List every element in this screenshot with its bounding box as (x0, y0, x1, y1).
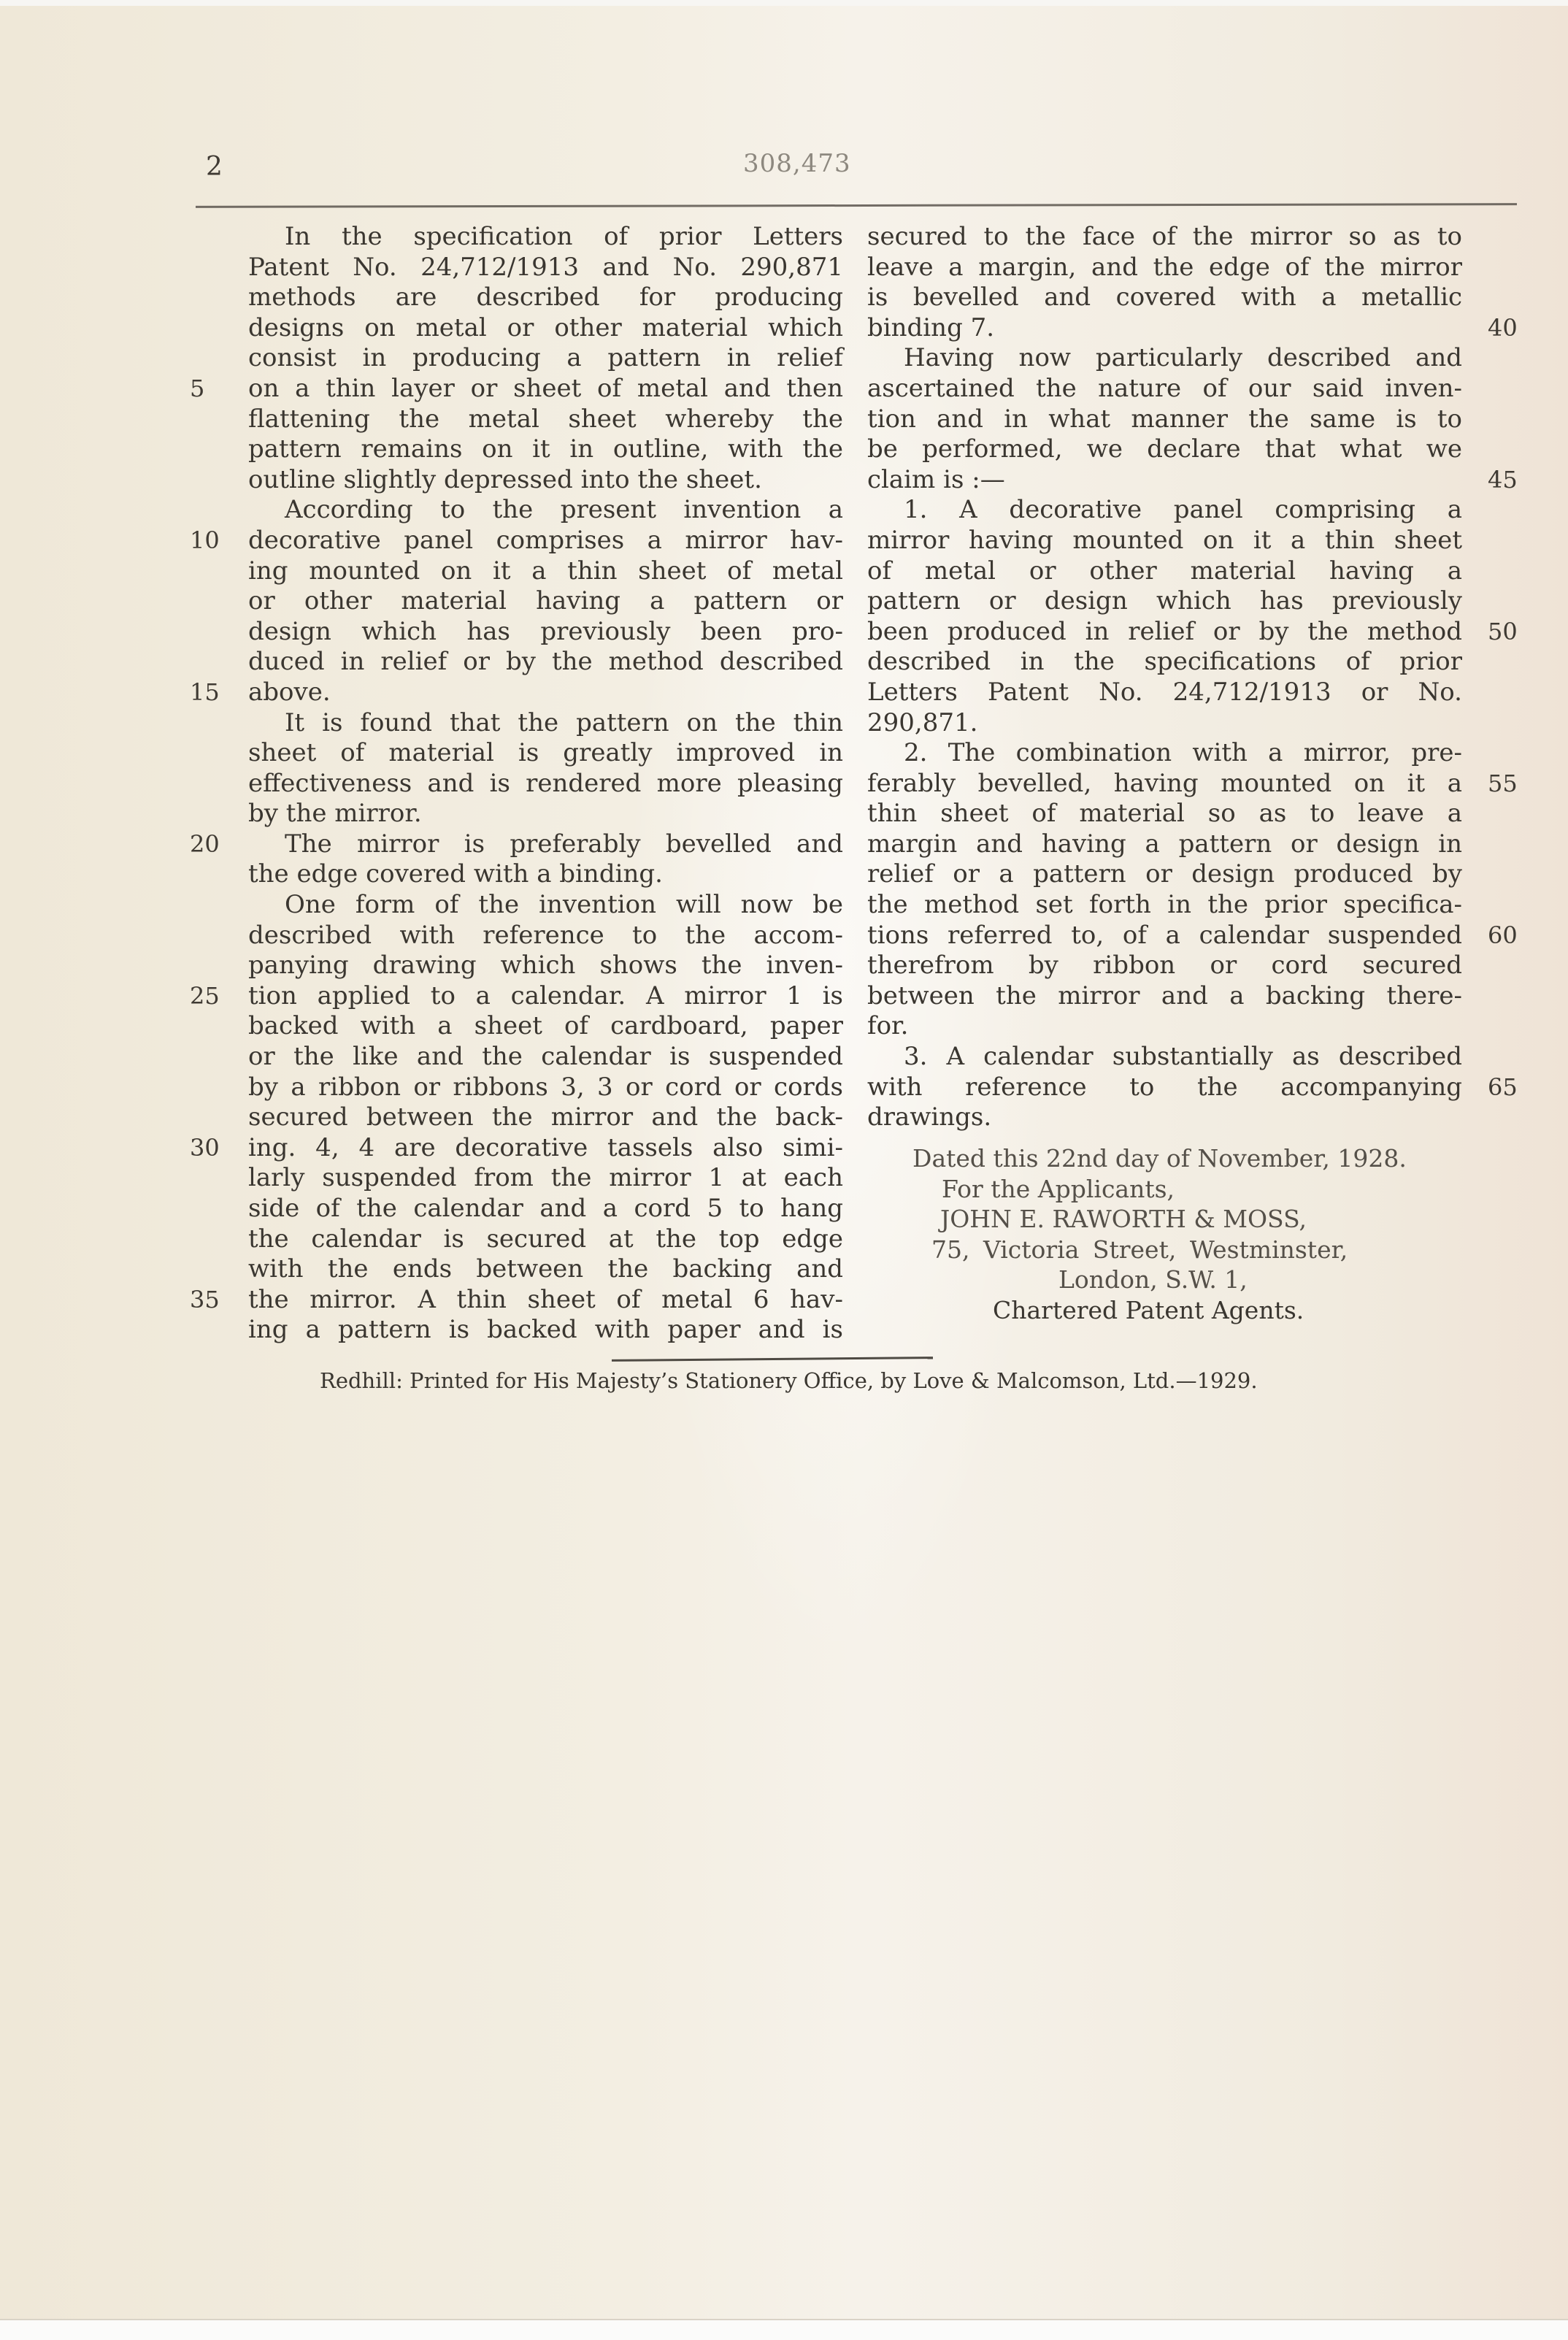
line-text: Letters Patent No. 24,712/1913 or No. (867, 678, 1462, 708)
patent-number-header: 308,473 (743, 149, 851, 178)
text-line: Patent No. 24,712/1913 and No. 290,871 (248, 253, 843, 283)
line-text: The mirror is preferably bevelled and (285, 829, 843, 860)
line-number: 65 (1488, 1073, 1532, 1103)
text-line: One form of the invention will now be (248, 890, 843, 921)
agent-title: Chartered Patent Agents. (867, 1295, 1473, 1326)
line-text: with the ends between the backing and (248, 1254, 843, 1285)
text-line: is bevelled and covered with a metallic4… (867, 283, 1462, 313)
line-text: 290,871. (867, 708, 1462, 739)
text-line: The mirror is preferably bevelled and (248, 829, 843, 860)
line-text: drawings. (867, 1102, 1462, 1133)
line-text: sheet of material is greatly improved in (248, 738, 843, 769)
line-text: tions referred to, of a calendar suspend… (867, 921, 1462, 951)
text-line: pattern or design which has previously50 (867, 586, 1462, 617)
line-text: of metal or other material having a (867, 556, 1462, 587)
line-text: duced in relief or by the method describ… (248, 647, 843, 678)
text-line: consist in producing a pattern in relief… (248, 343, 843, 374)
line-number: 30 (190, 1133, 234, 1164)
text-line: mirror having mounted on it a thin sheet (867, 526, 1462, 556)
text-line: with the ends between the backing and35 (248, 1254, 843, 1285)
line-text: decorative panel comprises a mirror hav- (248, 526, 843, 556)
text-line: ascertained the nature of our said inven… (867, 374, 1462, 404)
text-line: sheet of material is greatly improved in (248, 738, 843, 769)
line-text: is bevelled and covered with a metallic (867, 283, 1462, 313)
line-text: be performed, we declare that what we (867, 434, 1462, 465)
line-text: the edge covered with a binding. (248, 859, 843, 890)
text-line: ing. 4, 4 are decorative tassels also si… (248, 1133, 843, 1164)
text-line: ing mounted on it a thin sheet of metal (248, 556, 843, 587)
line-text: secured to the face of the mirror so as … (867, 222, 1462, 253)
text-line: for. (867, 1011, 1462, 1042)
text-line: the mirror. A thin sheet of metal 6 hav- (248, 1285, 843, 1316)
line-text: backed with a sheet of cardboard, paper (248, 1011, 843, 1042)
line-text: between the mirror and a backing there- (867, 981, 1462, 1012)
text-line: In the specification of prior Letters (248, 222, 843, 253)
text-line: ferably bevelled, having mounted on it a (867, 769, 1462, 799)
line-text: on a thin layer or sheet of metal and th… (248, 374, 843, 404)
text-line: on a thin layer or sheet of metal and th… (248, 374, 843, 404)
line-text: described with reference to the accom- (248, 921, 843, 951)
text-line: ing a pattern is backed with paper and i… (248, 1315, 843, 1346)
line-text: the mirror. A thin sheet of metal 6 hav- (248, 1285, 843, 1316)
line-text: It is found that the pattern on the thin (285, 708, 843, 739)
document-page: 2 308,473 In the specification of prior … (0, 6, 1568, 2319)
line-text: ferably bevelled, having mounted on it a (867, 769, 1462, 799)
line-text: ing mounted on it a thin sheet of metal (248, 556, 843, 587)
line-text: or the like and the calendar is suspende… (248, 1042, 843, 1073)
line-text: above. (248, 678, 843, 708)
agent-name: JOHN E. RAWORTH & MOSS, (867, 1204, 1473, 1235)
text-line: the edge covered with a binding. (248, 859, 843, 890)
text-line: described in the specifications of prior (867, 647, 1462, 678)
text-line: According to the present invention a10 (248, 495, 843, 526)
line-number: 50 (1488, 617, 1532, 648)
printer-imprint: Redhill: Printed for His Majesty’s Stati… (320, 1368, 1258, 1393)
line-text: flattening the metal sheet whereby the (248, 404, 843, 435)
line-number: 35 (190, 1285, 234, 1316)
text-line: the calendar is secured at the top edge (248, 1224, 843, 1255)
text-line: by the mirror.20 (248, 799, 843, 829)
text-line: or other material having a pattern or (248, 586, 843, 617)
line-text: ing. 4, 4 are decorative tassels also si… (248, 1133, 843, 1164)
text-line: secured to the face of the mirror so as … (867, 222, 1462, 253)
line-text: Patent No. 24,712/1913 and No. 290,871 (248, 253, 843, 283)
line-text: therefrom by ribbon or cord secured (867, 951, 1462, 981)
text-line: relief or a pattern or design produced b… (867, 859, 1462, 890)
text-line: of metal or other material having a (867, 556, 1462, 587)
line-text: leave a margin, and the edge of the mirr… (867, 253, 1462, 283)
line-text: binding 7. (867, 313, 1462, 344)
line-text: ing a pattern is backed with paper and i… (248, 1315, 843, 1346)
text-line: been produced in relief or by the method (867, 617, 1462, 648)
line-number: 5 (190, 374, 234, 404)
text-line: thin sheet of material so as to leave a (867, 799, 1462, 829)
line-text: mirror having mounted on it a thin sheet (867, 526, 1462, 556)
header-rule (196, 203, 1517, 208)
text-line: between the mirror and a backing there- (867, 981, 1462, 1012)
text-line: larly suspended from the mirror 1 at eac… (248, 1163, 843, 1194)
line-text: effectiveness and is rendered more pleas… (248, 769, 843, 799)
text-line: It is found that the pattern on the thin (248, 708, 843, 739)
text-line: panying drawing which shows the inven-25 (248, 951, 843, 981)
line-number: 10 (190, 526, 234, 556)
line-text: designs on metal or other material which (248, 313, 843, 344)
text-line: with reference to the accompanying (867, 1073, 1462, 1103)
line-text: One form of the invention will now be (285, 890, 843, 921)
line-number: 20 (190, 829, 234, 860)
text-line: 290,871. (867, 708, 1462, 739)
line-text: 1. A decorative panel comprising a (904, 495, 1462, 526)
scan-bottom-edge (0, 2319, 1568, 2340)
text-line: or the like and the calendar is suspende… (248, 1042, 843, 1073)
text-line: effectiveness and is rendered more pleas… (248, 769, 843, 799)
text-line: binding 7. (867, 313, 1462, 344)
line-text: ascertained the nature of our said inven… (867, 374, 1462, 404)
line-text: Having now particularly described and (904, 343, 1462, 374)
dated-line: Dated this 22nd day of November, 1928. (867, 1143, 1473, 1174)
line-text: by the mirror. (248, 799, 843, 829)
text-line: the method set forth in the prior specif… (867, 890, 1462, 921)
line-text: 2. The combination with a mirror, pre- (904, 738, 1462, 769)
for-applicants-line: For the Applicants, (867, 1174, 1473, 1205)
line-text: design which has previously been pro- (248, 617, 843, 648)
line-text: In the specification of prior Letters (285, 222, 843, 253)
line-number: 15 (190, 678, 234, 708)
line-text: or other material having a pattern or (248, 586, 843, 617)
line-text: methods are described for producing (248, 283, 843, 313)
text-line: outline slightly depressed into the shee… (248, 465, 843, 496)
text-line: decorative panel comprises a mirror hav- (248, 526, 843, 556)
left-text-column: In the specification of prior LettersPat… (248, 222, 843, 1346)
text-line: side of the calendar and a cord 5 to han… (248, 1194, 843, 1224)
text-line: pattern remains on it in outline, with t… (248, 434, 843, 465)
line-text: pattern remains on it in outline, with t… (248, 434, 843, 465)
line-text: side of the calendar and a cord 5 to han… (248, 1194, 843, 1224)
right-text-column: secured to the face of the mirror so as … (867, 222, 1462, 1133)
line-text: thin sheet of material so as to leave a (867, 799, 1462, 829)
line-text: the method set forth in the prior specif… (867, 890, 1462, 921)
text-line: leave a margin, and the edge of the mirr… (867, 253, 1462, 283)
line-text: claim is :— (867, 465, 1462, 496)
text-line: claim is :— (867, 465, 1462, 496)
line-number: 60 (1488, 921, 1532, 951)
text-line: margin and having a pattern or design in (867, 829, 1462, 860)
text-line: be performed, we declare that what we45 (867, 434, 1462, 465)
line-number: 25 (190, 981, 234, 1012)
line-text: tion applied to a calendar. A mirror 1 i… (248, 981, 843, 1012)
line-text: larly suspended from the mirror 1 at eac… (248, 1163, 843, 1194)
line-text: with reference to the accompanying (867, 1073, 1462, 1103)
text-line: backed with a sheet of cardboard, paper (248, 1011, 843, 1042)
address-line-2: London, S.W. 1, (867, 1265, 1473, 1295)
footer-rule (612, 1357, 933, 1362)
text-line: designs on metal or other material which (248, 313, 843, 344)
line-text: for. (867, 1011, 1462, 1042)
line-text: consist in producing a pattern in relief (248, 343, 843, 374)
text-line: 2. The combination with a mirror, pre-55 (867, 738, 1462, 769)
text-line: Letters Patent No. 24,712/1913 or No. (867, 678, 1462, 708)
line-text: 3. A calendar substantially as described (904, 1042, 1462, 1073)
line-text: relief or a pattern or design produced b… (867, 859, 1462, 890)
text-line: by a ribbon or ribbons 3, 3 or cord or c… (248, 1073, 843, 1103)
address-line-1: 75, Victoria Street, Westminster, (867, 1235, 1473, 1265)
text-line: drawings. (867, 1102, 1462, 1133)
signature-block: Dated this 22nd day of November, 1928. F… (867, 1143, 1473, 1326)
text-line: therefrom by ribbon or cord secured (867, 951, 1462, 981)
text-line: tion applied to a calendar. A mirror 1 i… (248, 981, 843, 1012)
text-line: 1. A decorative panel comprising a (867, 495, 1462, 526)
line-text: margin and having a pattern or design in (867, 829, 1462, 860)
text-line: methods are described for producing (248, 283, 843, 313)
line-text: outline slightly depressed into the shee… (248, 465, 843, 496)
line-text: described in the specifications of prior (867, 647, 1462, 678)
line-text: by a ribbon or ribbons 3, 3 or cord or c… (248, 1073, 843, 1103)
text-line: 3. A calendar substantially as described… (867, 1042, 1462, 1073)
text-line: above. (248, 678, 843, 708)
line-text: tion and in what manner the same is to (867, 404, 1462, 435)
text-line: Having now particularly described and (867, 343, 1462, 374)
line-number: 40 (1488, 313, 1532, 344)
line-text: secured between the mirror and the back- (248, 1102, 843, 1133)
line-text: been produced in relief or by the method (867, 617, 1462, 648)
text-line: flattening the metal sheet whereby the (248, 404, 843, 435)
line-text: pattern or design which has previously (867, 586, 1462, 617)
line-number: 45 (1488, 465, 1532, 496)
page-number: 2 (206, 152, 223, 182)
text-line: secured between the mirror and the back-… (248, 1102, 843, 1133)
line-number: 55 (1488, 769, 1532, 799)
line-text: panying drawing which shows the inven- (248, 951, 843, 981)
line-text: According to the present invention a (285, 495, 843, 526)
line-text: the calendar is secured at the top edge (248, 1224, 843, 1255)
text-line: described with reference to the accom- (248, 921, 843, 951)
text-line: tions referred to, of a calendar suspend… (867, 921, 1462, 951)
text-line: tion and in what manner the same is to (867, 404, 1462, 435)
text-line: design which has previously been pro- (248, 617, 843, 648)
text-line: duced in relief or by the method describ… (248, 647, 843, 678)
